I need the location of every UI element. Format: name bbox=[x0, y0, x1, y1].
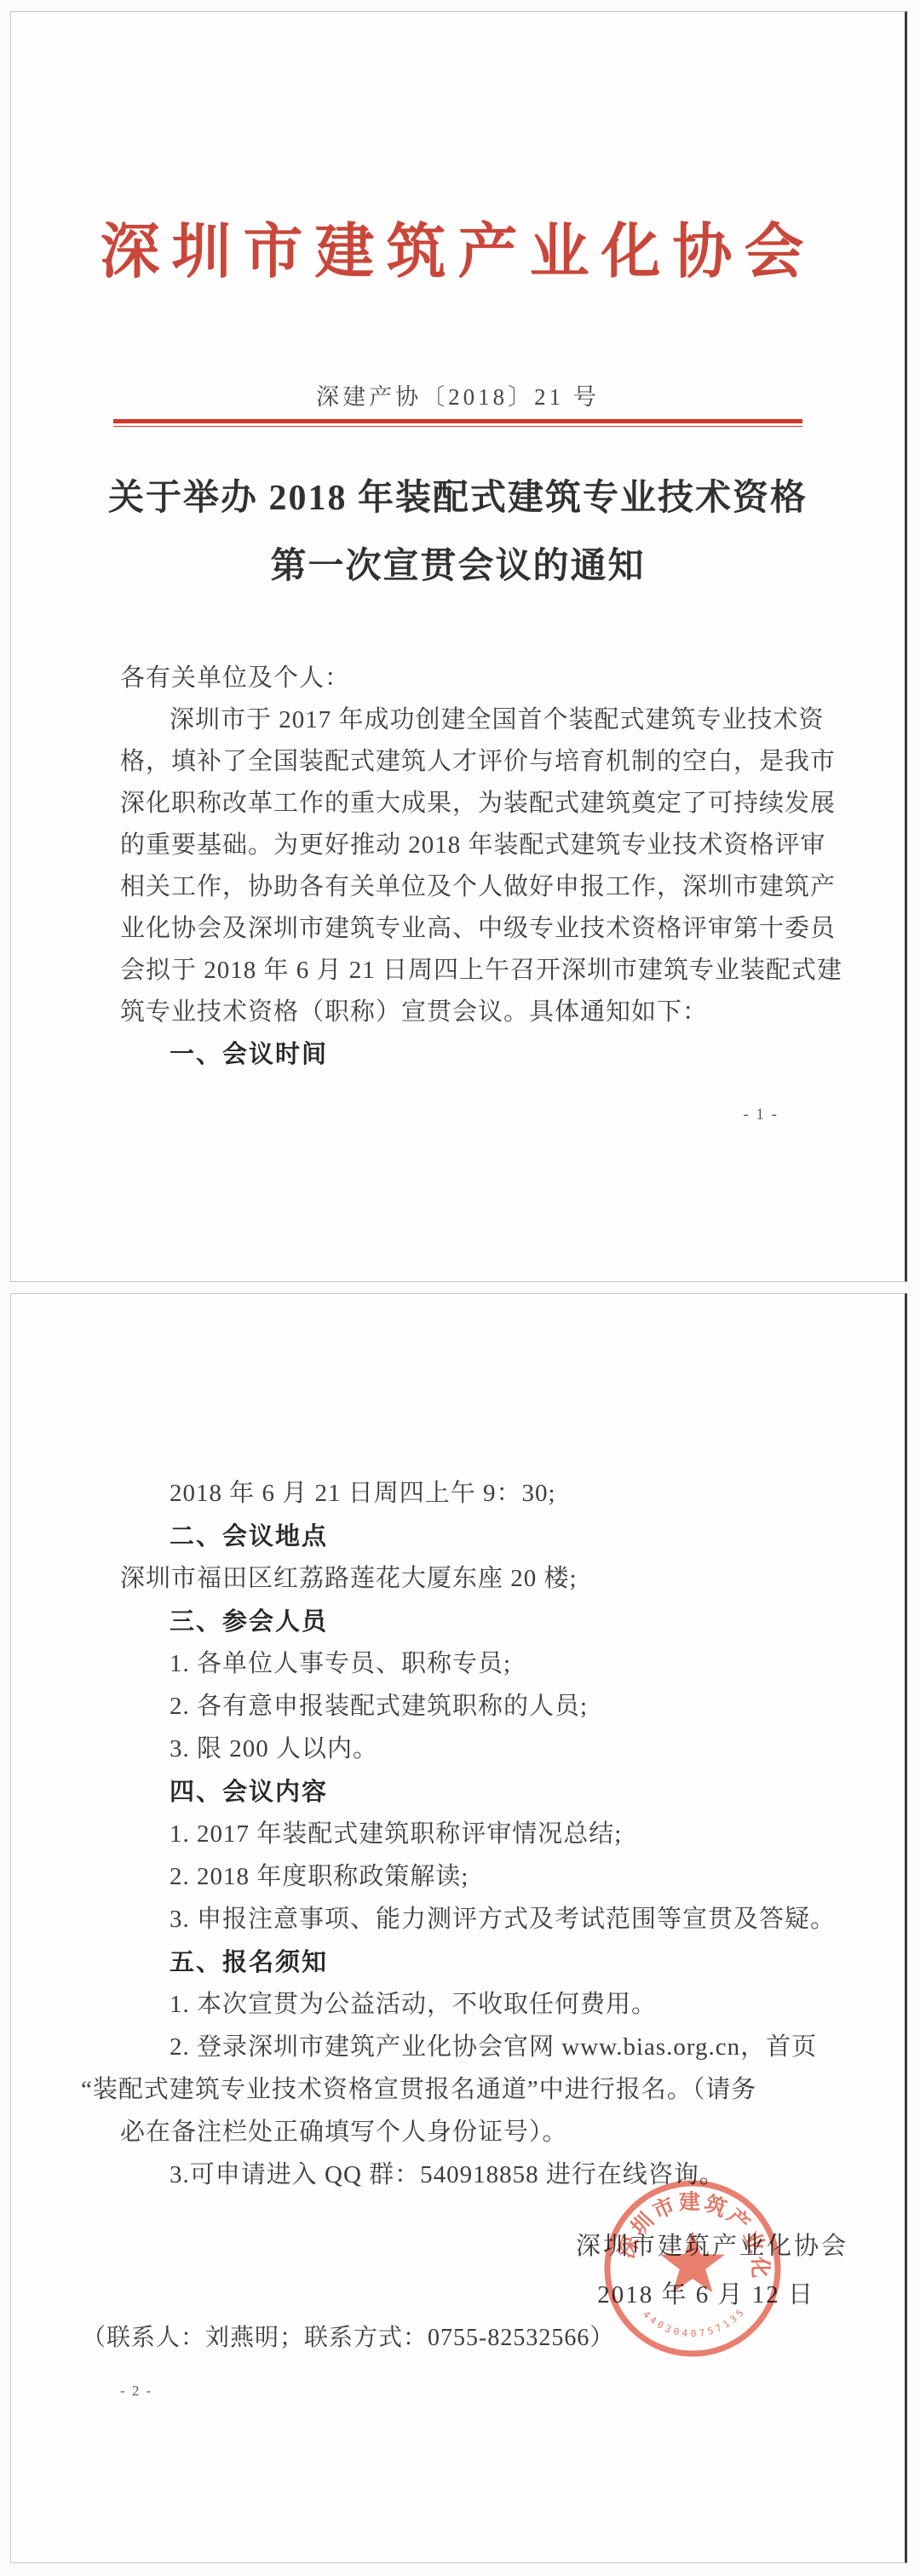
paragraph-line: 业化协会及深圳市建筑专业高、中级专业技术资格评审第十委员 bbox=[120, 908, 809, 950]
registration-item: 1. 本次宣贯为公益活动，不收取任何费用。 bbox=[120, 1983, 809, 2026]
letterhead-red-divider bbox=[113, 419, 802, 427]
registration-item-continued: “装配式建筑专业技术资格宣贯报名通道”中进行报名。（请务 bbox=[81, 2068, 809, 2111]
registration-item: 3.可申请进入 QQ 群：540918858 进行在线咨询。 bbox=[120, 2153, 809, 2196]
paragraph-line: 会拟于 2018 年 6 月 21 日周四上午召开深圳市建筑专业装配式建 bbox=[120, 950, 809, 992]
signature-date: 2018 年 6 月 12 日 bbox=[597, 2275, 814, 2310]
registration-item: 2. 登录深圳市建筑产业化协会官网 www.bias.org.cn，首页 bbox=[120, 2026, 809, 2068]
document-number: 深建产协〔2018〕21 号 bbox=[11, 378, 905, 411]
meeting-place-value: 深圳市福田区红荔路莲花大厦东座 20 楼; bbox=[120, 1557, 809, 1600]
contact-info: （联系人：刘燕明；联系方式：0755-82532566） bbox=[82, 2319, 614, 2353]
notice-title-line-2: 第一次宣贯会议的通知 bbox=[11, 532, 905, 601]
official-red-seal-stamp-icon: 深圳市建筑产业化协会 4403040757135 bbox=[599, 2175, 786, 2362]
notice-title: 关于举办 2018 年装配式建筑专业技术资格 第一次宣贯会议的通知 bbox=[11, 464, 905, 601]
paragraph-line: 筑专业技术资格（职称）宣贯会议。具体通知如下： bbox=[120, 992, 809, 1033]
paragraph-line: 相关工作，协助各有关单位及个人做好申报工作，深圳市建筑产 bbox=[120, 866, 809, 908]
registration-item-continued: 必在备注栏处正确填写个人身份证号）。 bbox=[120, 2111, 809, 2153]
section-heading-meeting-content: 四、会议内容 bbox=[120, 1770, 809, 1813]
section-heading-registration-notes: 五、报名须知 bbox=[120, 1941, 809, 1983]
page-1-body: 各有关单位及个人： 深圳市于 2017 年成功创建全国首个装配式建筑专业技术资 … bbox=[120, 658, 809, 1075]
paragraph-line: 的重要基础。为更好推动 2018 年装配式建筑专业技术资格评审 bbox=[120, 825, 809, 866]
meeting-time-value: 2018 年 6 月 21 日周四上午 9：30; bbox=[120, 1472, 809, 1515]
document-page-1: 深圳市建筑产业化协会 深建产协〔2018〕21 号 关于举办 2018 年装配式… bbox=[10, 11, 907, 1282]
notice-title-line-1: 关于举办 2018 年装配式建筑专业技术资格 bbox=[11, 464, 905, 532]
content-item: 3. 申报注意事项、能力测评方式及考试范围等宣贯及答疑。 bbox=[120, 1898, 809, 1941]
section-heading-meeting-time: 一、会议时间 bbox=[120, 1033, 809, 1075]
content-item: 2. 2018 年度职称政策解读; bbox=[120, 1855, 809, 1898]
attendees-item: 2. 各有意申报装配式建筑职称的人员; bbox=[120, 1685, 809, 1728]
page-2-body: 2018 年 6 月 21 日周四上午 9：30; 二、会议地点 深圳市福田区红… bbox=[120, 1472, 809, 2196]
attendees-item: 3. 限 200 人以内。 bbox=[120, 1728, 809, 1770]
attendees-item: 1. 各单位人事专员、职称专员; bbox=[120, 1642, 809, 1685]
paragraph-line: 深圳市于 2017 年成功创建全国首个装配式建筑专业技术资 bbox=[120, 699, 809, 741]
document-page-2: 2018 年 6 月 21 日周四上午 9：30; 二、会议地点 深圳市福田区红… bbox=[10, 1293, 907, 2563]
section-heading-meeting-place: 二、会议地点 bbox=[120, 1515, 809, 1557]
paragraph-line: 深化职称改革工作的重大成果，为装配式建筑奠定了可持续发展 bbox=[120, 783, 809, 825]
signature-association-name: 深圳市建筑产业化协会 bbox=[576, 2227, 848, 2262]
page-number-2: - 2 - bbox=[120, 2383, 152, 2400]
page-number-1: - 1 - bbox=[743, 1106, 779, 1124]
salutation: 各有关单位及个人： bbox=[120, 658, 809, 699]
paragraph-line: 格，填补了全国装配式建筑人才评价与培育机制的空白，是我市 bbox=[120, 741, 809, 783]
letterhead-association-title: 深圳市建筑产业化协会 bbox=[11, 204, 905, 290]
content-item: 1. 2017 年装配式建筑职称评审情况总结; bbox=[120, 1813, 809, 1855]
section-heading-attendees: 三、参会人员 bbox=[120, 1600, 809, 1642]
